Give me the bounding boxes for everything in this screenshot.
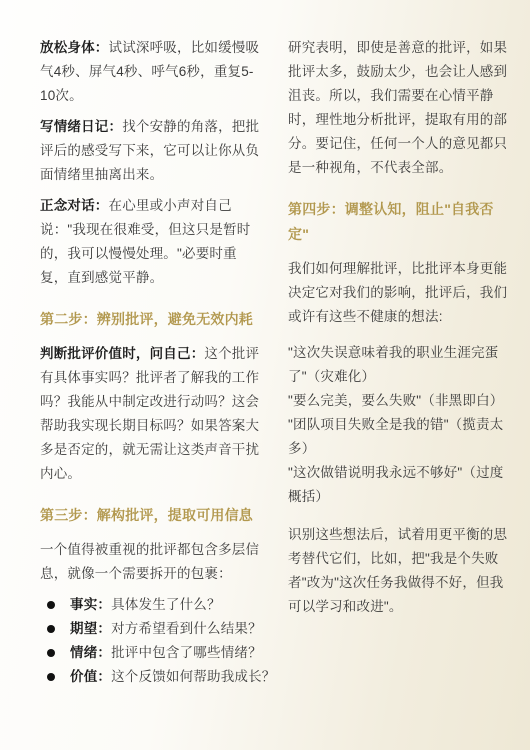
quote-line: "这次失误意味着我的职业生涯完蛋了"（灾难化）: [288, 341, 508, 389]
bullet-label: 事实：: [70, 597, 111, 612]
bullet-text: 对方希望看到什么结果？: [111, 621, 262, 636]
paragraph-text: 我们如何理解批评，比批评本身更能决定它对我们的影响，批评后，我们或许有这些不健康…: [288, 261, 507, 324]
paragraph: 判断批评价值时，问自己：这个批评有具体事实吗？批评者了解我的工作吗？我能从中制定…: [40, 342, 260, 486]
quote-group: "这次失误意味着我的职业生涯完蛋了"（灾难化）"要么完美，要么失败"（非黑即白）…: [288, 341, 508, 509]
paragraph-lead: 正念对话：: [40, 198, 109, 213]
bullet-dot-icon: [47, 601, 55, 609]
quote-line: "要么完美，要么失败"（非黑即白）: [288, 389, 508, 413]
step-heading: 第三步：解构批评，提取可用信息: [40, 503, 260, 528]
bullet-item: 情绪：批评中包含了哪些情绪？: [40, 641, 260, 665]
bullet-label: 价值：: [70, 669, 111, 684]
two-column-text-page: 放松身体：试试深呼吸，比如缓慢吸气4秒、屏气4秒、呼气6秒，重复5-10次。写情…: [0, 0, 530, 750]
paragraph-lead: 判断批评价值时，问自己：: [40, 346, 204, 361]
paragraph: 研究表明，即使是善意的批评，如果批评太多，鼓励太少，也会让人感到沮丧。所以，我们…: [288, 36, 508, 180]
step-heading: 第二步：辨别批评，避免无效内耗: [40, 307, 260, 332]
paragraph: 我们如何理解批评，比批评本身更能决定它对我们的影响，批评后，我们或许有这些不健康…: [288, 257, 508, 329]
paragraph-lead: 写情绪日记：: [40, 119, 122, 134]
quote-line: "这次做错说明我永远不够好"（过度概括）: [288, 461, 508, 509]
bullet-dot-icon: [47, 649, 55, 657]
paragraph: 放松身体：试试深呼吸，比如缓慢吸气4秒、屏气4秒、呼气6秒，重复5-10次。: [40, 36, 260, 108]
bullet-item: 期望：对方希望看到什么结果？: [40, 617, 260, 641]
paragraph-text: 一个值得被重视的批评都包含多层信息，就像一个需要拆开的包裹：: [40, 542, 259, 581]
bullet-text: 这个反馈如何帮助我成长？: [111, 669, 275, 684]
bullet-text: 具体发生了什么？: [111, 597, 221, 612]
left-column: 放松身体：试试深呼吸，比如缓慢吸气4秒、屏气4秒、呼气6秒，重复5-10次。写情…: [40, 36, 260, 750]
quote-line: "团队项目失败全是我的错"（揽责太多）: [288, 413, 508, 461]
bullet-text: 批评中包含了哪些情绪？: [111, 645, 262, 660]
paragraph-text: 识别这些想法后，试着用更平衡的思考替代它们，比如，把"我是个失败者"改为"这次任…: [288, 527, 507, 614]
right-column: 研究表明，即使是善意的批评，如果批评太多，鼓励太少，也会让人感到沮丧。所以，我们…: [288, 36, 508, 750]
bullet-label: 期望：: [70, 621, 111, 636]
paragraph-text: 这个批评有具体事实吗？批评者了解我的工作吗？我能从中制定改进行动吗？这会帮助我实…: [40, 346, 259, 481]
paragraph: 识别这些想法后，试着用更平衡的思考替代它们，比如，把"我是个失败者"改为"这次任…: [288, 523, 508, 619]
paragraph-text: 研究表明，即使是善意的批评，如果批评太多，鼓励太少，也会让人感到沮丧。所以，我们…: [288, 40, 507, 175]
bullet-item: 事实：具体发生了什么？: [40, 593, 260, 617]
paragraph-lead: 放松身体：: [40, 40, 109, 55]
paragraph: 写情绪日记：找个安静的角落，把批评后的感受写下来，它可以让你从负面情绪里抽离出来…: [40, 115, 260, 187]
step-heading: 第四步：调整认知，阻止"自我否定": [288, 197, 508, 247]
bullet-dot-icon: [47, 673, 55, 681]
bullet-dot-icon: [47, 625, 55, 633]
bullet-list: 事实：具体发生了什么？期望：对方希望看到什么结果？情绪：批评中包含了哪些情绪？价…: [40, 593, 260, 689]
bullet-item: 价值：这个反馈如何帮助我成长？: [40, 665, 260, 689]
paragraph: 正念对话：在心里或小声对自己说："我现在很难受，但这只是暂时的，我可以慢慢处理。…: [40, 194, 260, 290]
bullet-label: 情绪：: [70, 645, 111, 660]
paragraph: 一个值得被重视的批评都包含多层信息，就像一个需要拆开的包裹：: [40, 538, 260, 586]
